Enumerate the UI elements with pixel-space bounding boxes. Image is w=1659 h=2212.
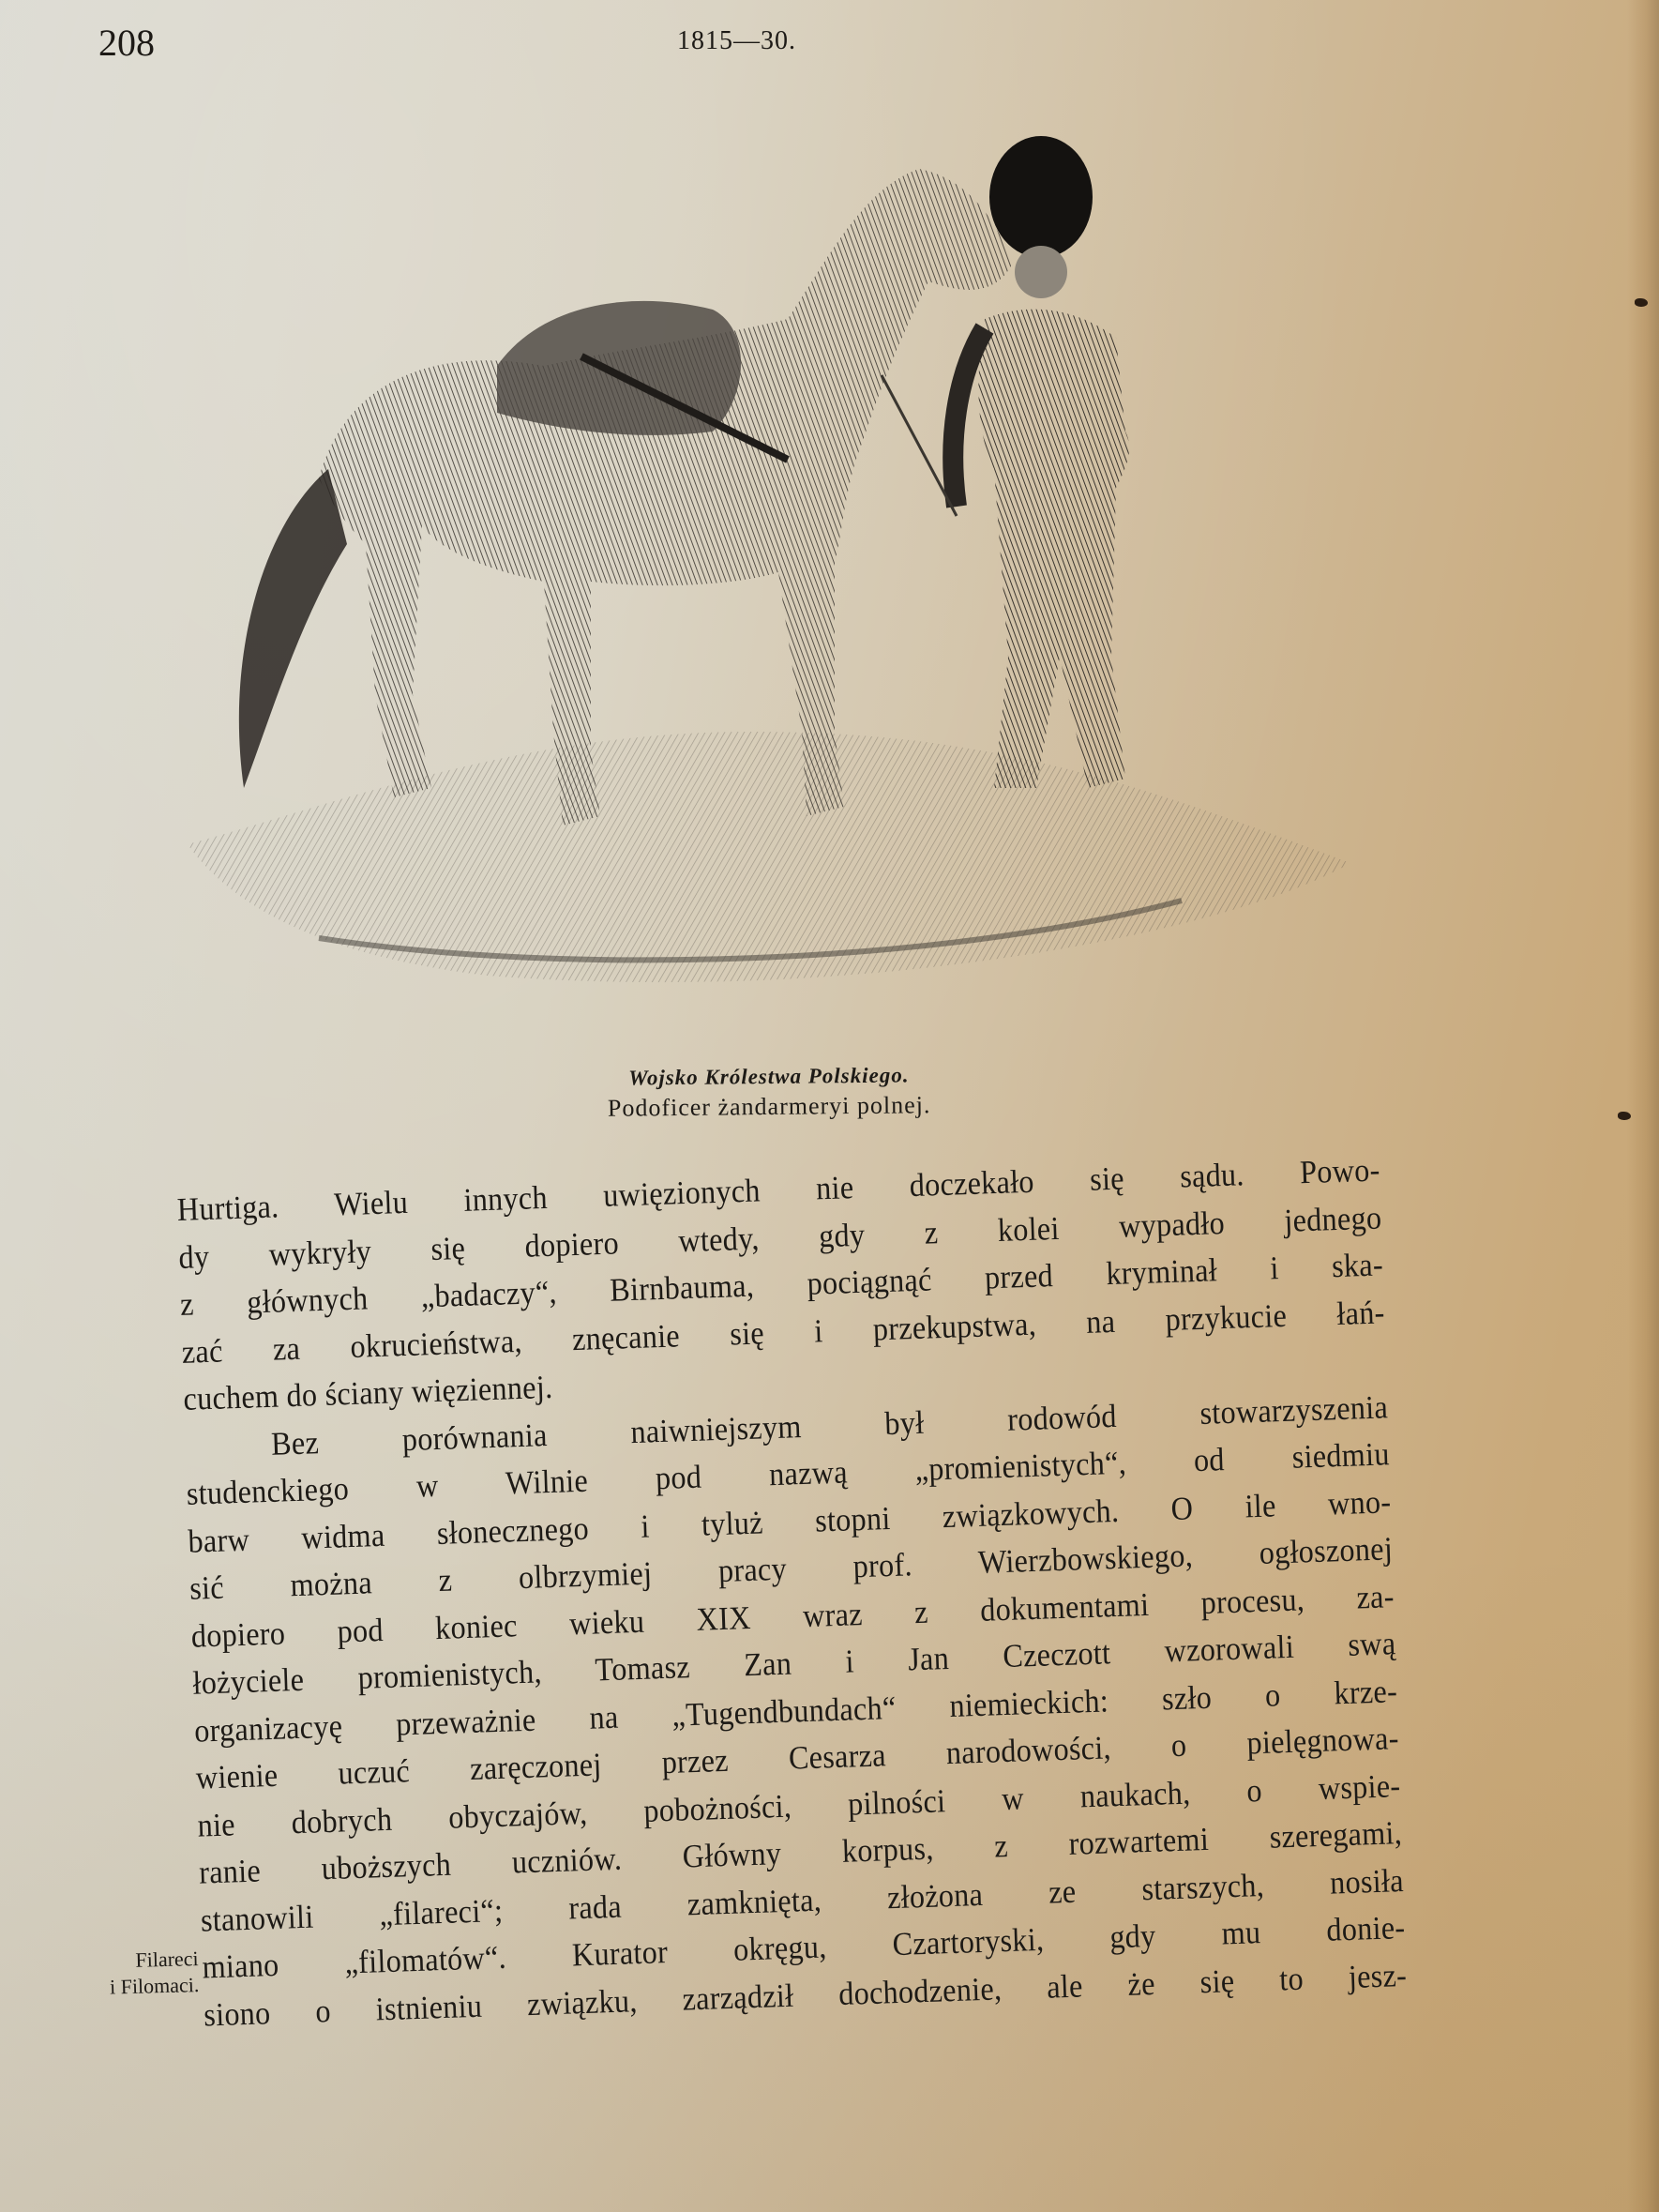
figure-caption: Wojsko Królestwa Polskiego. Podoficer ża… xyxy=(525,1062,1014,1123)
margin-note: Filareci i Filomaci. xyxy=(57,1946,199,2002)
page-edge xyxy=(1627,0,1659,2212)
page-edge-mark xyxy=(1635,298,1648,307)
caption-subtitle: Podoficer żandarmeryi polnej. xyxy=(525,1090,1013,1123)
page-edge-mark xyxy=(1618,1112,1631,1120)
body-text: Hurtiga. Wielu innych uwięzionych nie do… xyxy=(176,1147,1404,2039)
page-number: 208 xyxy=(98,21,155,65)
margin-note-line: i Filomaci. xyxy=(58,1972,200,2002)
engraving-illustration xyxy=(188,131,1369,1023)
running-head: 1815—30. xyxy=(677,26,796,56)
margin-note-line: Filareci xyxy=(57,1946,199,1976)
caption-title: Wojsko Królestwa Polskiego. xyxy=(525,1062,1013,1091)
horse-and-soldier-engraving-icon xyxy=(188,131,1369,1023)
page-header: 208 1815—30. xyxy=(0,21,1659,68)
